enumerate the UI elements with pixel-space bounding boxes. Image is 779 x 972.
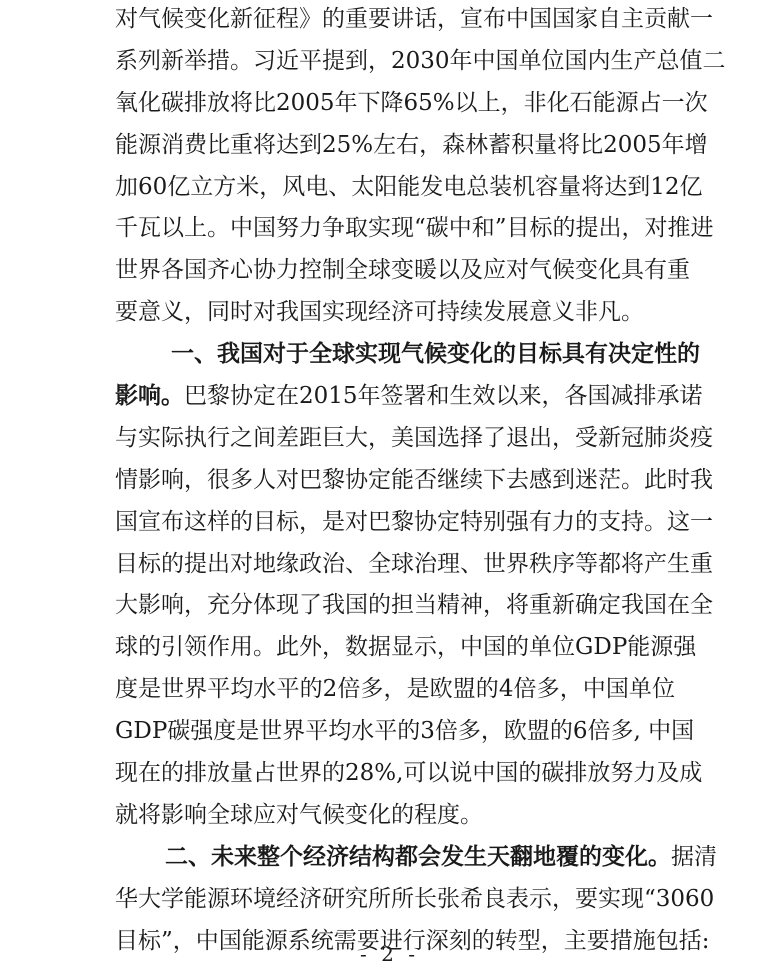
text-line: 千瓦以上。中国努力争取实现“碳中和”目标的提出，对推进 bbox=[115, 208, 675, 250]
text-line: 影响。巴黎协定在2015年签署和生效以来，各国减排承诺 bbox=[115, 376, 675, 418]
text-line: 能源消费比重将达到25%左右，森林蓄积量将比2005年增 bbox=[115, 125, 675, 167]
text-line: 球的引领作用。此外，数据显示，中国的单位GDP能源强 bbox=[115, 627, 675, 669]
text-line: 与实际执行之间差距巨大，美国选择了退出，受新冠肺炎疫 bbox=[115, 418, 675, 460]
paragraph-1: 对气候变化新征程》的重要讲话，宣布中国国家自主贡献一 系列新举措。习近平提到，2… bbox=[115, 0, 675, 334]
text-line: 系列新举措。习近平提到，2030年中国单位国内生产总值二 bbox=[115, 41, 675, 83]
text-line: 世界各国齐心协力控制全球变暖以及应对气候变化具有重 bbox=[115, 250, 675, 292]
text-line: 就将影响全球应对气候变化的程度。 bbox=[115, 795, 675, 837]
section-heading-2: 二、未来整个经济结构都会发生天翻地覆的变化。 bbox=[165, 844, 671, 870]
text-line: 目标的提出对地缘政治、全球治理、世界秩序等都将产生重 bbox=[115, 544, 675, 586]
section-heading-1-cont: 影响。 bbox=[115, 383, 184, 409]
text-run: 据清 bbox=[671, 844, 717, 870]
text-line: 加60亿立方米，风电、太阳能发电总装机容量将达到12亿 bbox=[115, 167, 675, 209]
text-run: 巴黎协定在2015年签署和生效以来，各国减排承诺 bbox=[184, 383, 703, 409]
text-line: 二、未来整个经济结构都会发生天翻地覆的变化。据清 bbox=[115, 837, 675, 879]
text-line: 度是世界平均水平的2倍多，是欧盟的4倍多，中国单位 bbox=[115, 669, 675, 711]
page-number: - 2 - bbox=[0, 942, 779, 966]
text-line: 现在的排放量占世界的28%,可以说中国的碳排放努力及成 bbox=[115, 753, 675, 795]
text-line: GDP碳强度是世界平均水平的3倍多，欧盟的6倍多, 中国 bbox=[115, 711, 675, 753]
text-line: 国宣布这样的目标，是对巴黎协定特别强有力的支持。这一 bbox=[115, 502, 675, 544]
section-heading-1: 一、我国对于全球实现气候变化的目标具有决定性的 bbox=[115, 334, 675, 376]
text-line: 华大学能源环境经济研究所所长张希良表示，要实现“3060 bbox=[115, 879, 675, 921]
document-body: 对气候变化新征程》的重要讲话，宣布中国国家自主贡献一 系列新举措。习近平提到，2… bbox=[115, 0, 675, 962]
text-line: 情影响，很多人对巴黎协定能否继续下去感到迷茫。此时我 bbox=[115, 460, 675, 502]
text-line: 对气候变化新征程》的重要讲话，宣布中国国家自主贡献一 bbox=[115, 0, 675, 41]
text-line: 要意义，同时对我国实现经济可持续发展意义非凡。 bbox=[115, 292, 675, 334]
paragraph-2: 一、我国对于全球实现气候变化的目标具有决定性的 影响。巴黎协定在2015年签署和… bbox=[115, 334, 675, 837]
text-line: 大影响，充分体现了我国的担当精神，将重新确定我国在全 bbox=[115, 585, 675, 627]
text-line: 氧化碳排放将比2005年下降65%以上，非化石能源占一次 bbox=[115, 83, 675, 125]
